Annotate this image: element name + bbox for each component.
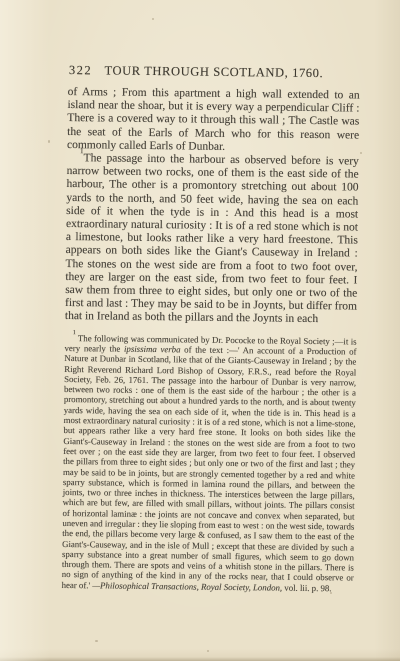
footnote: 1 The following was communicated by Dr. … bbox=[62, 333, 357, 594]
text-block: 322 TOUR THROUGH SCOTLAND, 1760. of Arms… bbox=[61, 63, 360, 602]
footnote-reference-mark: 1 bbox=[80, 146, 84, 155]
footnote-marker: 1 bbox=[73, 329, 76, 336]
page-body: of Arms ; From this apartment a high wal… bbox=[65, 86, 360, 327]
paper-speck bbox=[95, 640, 98, 642]
running-title: TOUR THROUGH SCOTLAND, 1760. bbox=[104, 63, 323, 80]
paper-speck bbox=[360, 152, 362, 154]
body-paragraph: of Arms ; From this apartment a high wal… bbox=[67, 86, 360, 156]
paper-speck bbox=[207, 650, 209, 652]
footnote-text: The following was communicated by Dr. Po… bbox=[62, 333, 357, 593]
page-number: 322 bbox=[69, 63, 92, 77]
paper-speck bbox=[48, 140, 50, 143]
body-paragraph-text: The passage into the harbour as observed… bbox=[65, 152, 359, 325]
book-page-scan: 322 TOUR THROUGH SCOTLAND, 1760. of Arms… bbox=[0, 0, 400, 661]
body-paragraph: 1The passage into the harbour as observe… bbox=[65, 152, 359, 327]
page-header: 322 TOUR THROUGH SCOTLAND, 1760. bbox=[68, 63, 360, 82]
paper-speck bbox=[152, 18, 154, 20]
